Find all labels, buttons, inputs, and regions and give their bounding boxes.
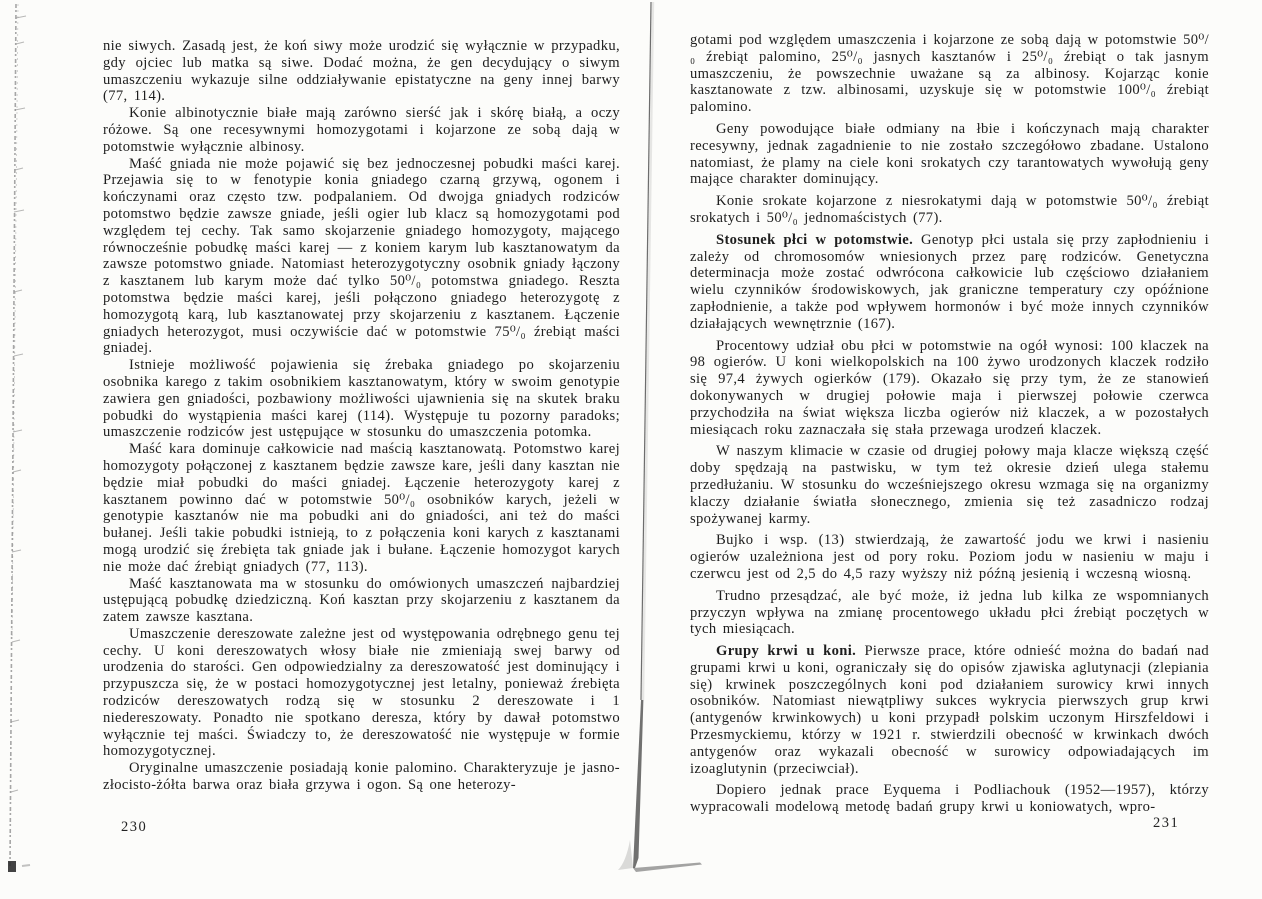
page-number-left: 230 bbox=[121, 819, 147, 836]
paragraph: Oryginalne umaszczenie posiadają konie p… bbox=[103, 760, 620, 794]
run-in-heading: Grupy krwi u koni. bbox=[716, 643, 864, 659]
paragraph: Umaszczenie dereszowate zależne jest od … bbox=[103, 626, 620, 760]
binding-marks bbox=[8, 4, 30, 872]
paragraph: Trudno przesądzać, ale być może, iż jedn… bbox=[690, 588, 1209, 638]
page-right-text-column: gotami pod względem umaszczenia i kojarz… bbox=[690, 32, 1209, 816]
paragraph: Maść gniada nie może pojawić się bez jed… bbox=[103, 156, 620, 358]
paragraph: gotami pod względem umaszczenia i kojarz… bbox=[690, 32, 1209, 116]
paragraph: Geny powodujące białe odmiany na łbie i … bbox=[690, 121, 1209, 188]
page-number-right: 231 bbox=[1153, 815, 1179, 832]
paragraph: Maść kasztanowata ma w stosunku do omówi… bbox=[103, 576, 620, 626]
paragraph: Konie srokate kojarzone z niesrokatymi d… bbox=[690, 193, 1209, 227]
run-in-heading: Stosunek płci w potomstwie. bbox=[716, 232, 921, 248]
paragraph: Stosunek płci w potomstwie. Genotyp płci… bbox=[690, 232, 1209, 333]
paragraph: Procentowy udział obu płci w potomstwie … bbox=[690, 338, 1209, 439]
paragraph: Dopiero jednak prace Eyquema i Podliacho… bbox=[690, 782, 1209, 816]
paragraph: Konie albinotycznie białe mają zarówno s… bbox=[103, 105, 620, 155]
paragraph: Istnieje możliwość pojawienia się źrebak… bbox=[103, 357, 620, 441]
paragraph: Maść kara dominuje całkowicie nad maścią… bbox=[103, 441, 620, 575]
paragraph: nie siwych. Zasadą jest, że koń siwy moż… bbox=[103, 38, 620, 105]
paragraph: W naszym klimacie w czasie od drugiej po… bbox=[690, 443, 1209, 527]
page-left-text-column: nie siwych. Zasadą jest, że koń siwy moż… bbox=[103, 38, 620, 794]
paragraph: Grupy krwi u koni. Pierwsze prace, które… bbox=[690, 643, 1209, 777]
paragraph: Bujko i wsp. (13) stwierdzają, że zawart… bbox=[690, 532, 1209, 582]
